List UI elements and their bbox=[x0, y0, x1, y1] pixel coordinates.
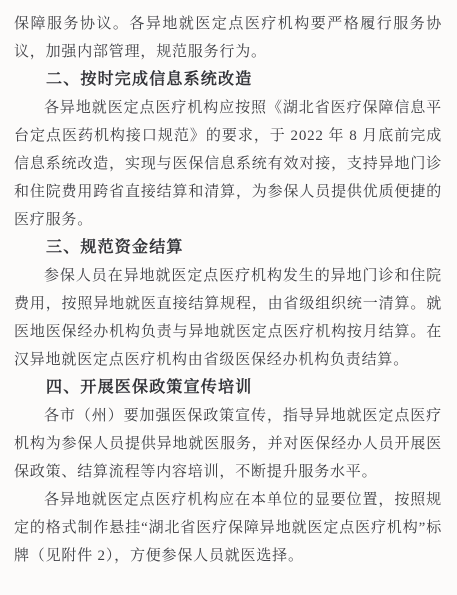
paragraph: 各异地就医定点医疗机构应按照《湖北省医疗保障信息平台定点医药机构接口规范》的要求… bbox=[14, 94, 442, 234]
paragraph: 各异地就医定点医疗机构应在本单位的显要位置，按照规定的格式制作悬挂“湖北省医疗保… bbox=[14, 486, 442, 570]
section-heading: 三、规范资金结算 bbox=[14, 234, 442, 262]
paragraph: 参保人员在异地就医定点医疗机构发生的异地门诊和住院费用，按照异地就医直接结算规程… bbox=[14, 262, 442, 374]
section-heading: 二、按时完成信息系统改造 bbox=[14, 66, 442, 94]
document-page: 保障服务协议。各异地就医定点医疗机构要严格履行服务协议，加强内部管理，规范服务行… bbox=[0, 0, 457, 595]
section-heading: 四、开展医保政策宣传培训 bbox=[14, 374, 442, 402]
paragraph: 各市（州）要加强医保政策宣传，指导异地就医定点医疗机构为参保人员提供异地就医服务… bbox=[14, 402, 442, 486]
paragraph: 保障服务协议。各异地就医定点医疗机构要严格履行服务协议，加强内部管理，规范服务行… bbox=[14, 10, 442, 66]
